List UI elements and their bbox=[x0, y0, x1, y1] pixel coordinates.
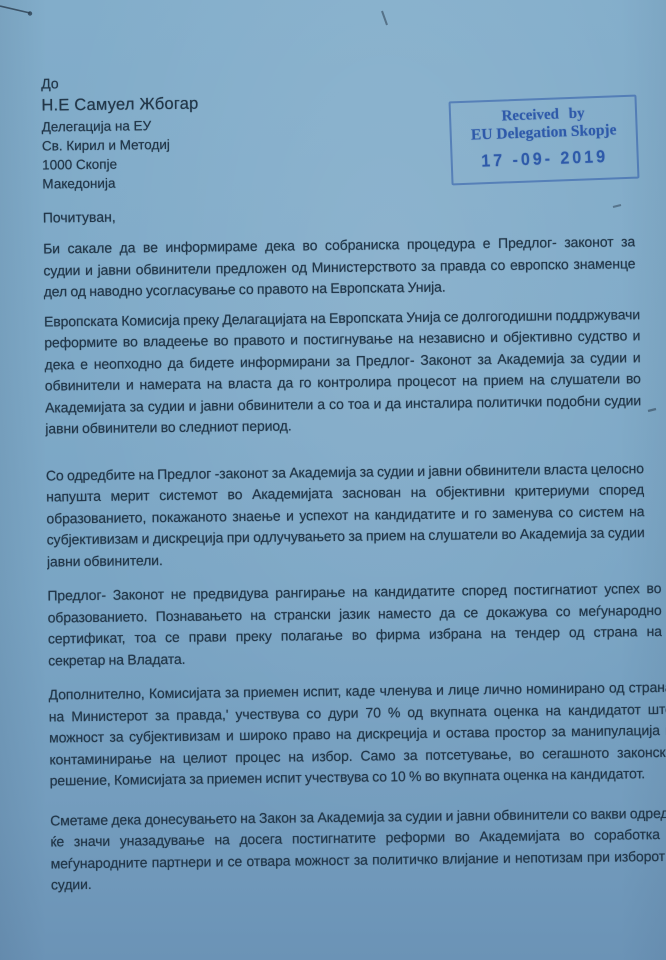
paragraph-2: Европската Комисија преку Делагацијата н… bbox=[44, 304, 642, 440]
scanned-letter-photo: До Н.Е Самуел Жбогар Делегација на ЕУ Св… bbox=[0, 0, 666, 960]
stamp-date: 17 -09- 2019 bbox=[452, 147, 637, 173]
paragraph-1: Би сакале да ве информираме дека во собр… bbox=[43, 231, 636, 303]
paragraph-6: Сметаме дека донесувањето на Закон за Ак… bbox=[50, 802, 666, 896]
paragraph-5: Дополнително, Комисијата за приемен испи… bbox=[48, 677, 666, 792]
paragraph-3: Со одредбите на Предлог -законот за Акад… bbox=[46, 458, 645, 573]
received-stamp: Received by EU Delegation Skopje 17 -09-… bbox=[449, 95, 640, 186]
salutation: Почитуван, bbox=[43, 200, 663, 229]
paragraph-4: Предлог- Законот не предвидува рангирање… bbox=[47, 578, 662, 671]
